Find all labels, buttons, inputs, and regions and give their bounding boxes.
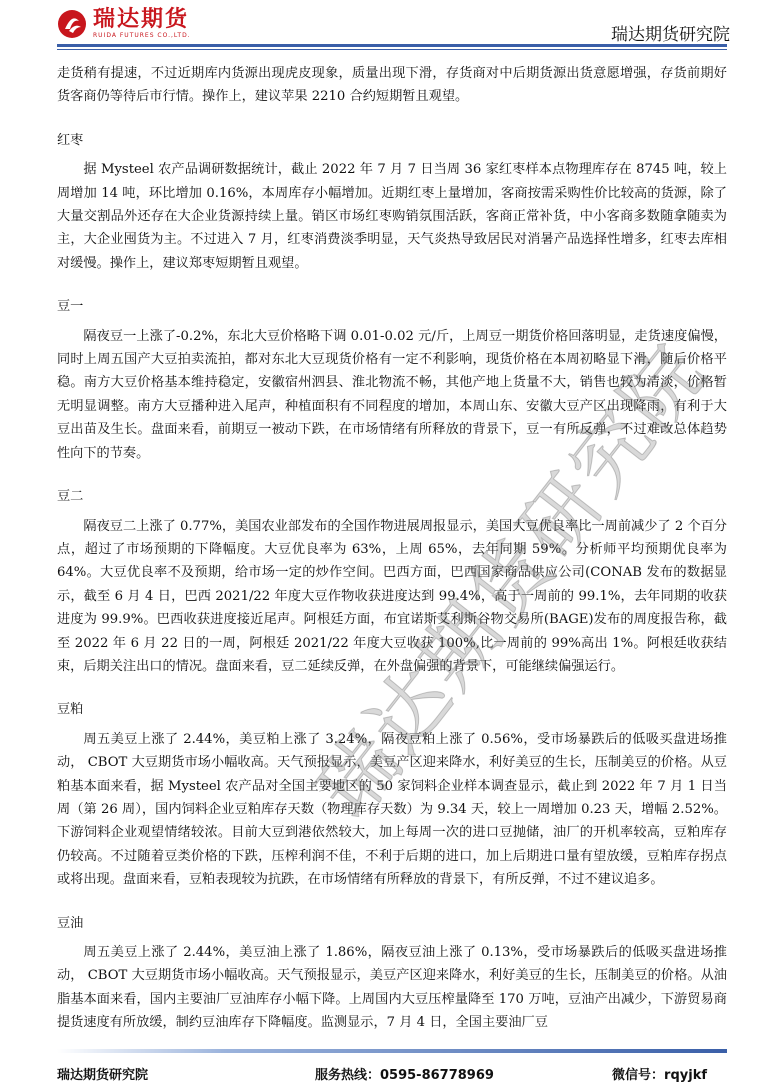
section-title-hongzao: 红枣 (57, 129, 727, 152)
section-body-doupo: 周五美豆上涨了 2.44%，美豆粕上涨了 3.24%，隔夜豆粕上涨了 0.56%… (57, 728, 727, 892)
footer-wechat: 微信号：rqyjkf (612, 1064, 707, 1083)
section-title-douyou: 豆油 (57, 912, 727, 935)
section-title-douyi: 豆一 (57, 295, 727, 318)
section-title-doupo: 豆粕 (57, 698, 727, 721)
company-logo: 瑞达期货 RUIDA FUTURES CO.,LTD. (57, 6, 191, 42)
logo-english-name: RUIDA FUTURES CO.,LTD. (93, 32, 191, 40)
section-body-douyi: 隔夜豆一上涨了-0.2%，东北大豆价格略下调 0.01-0.02 元/斤，上周豆… (57, 325, 727, 465)
footer-divider (57, 1049, 727, 1053)
ruida-logo-icon (57, 9, 87, 39)
section-body-douyou: 周五美豆上涨了 2.44%，美豆油上涨了 1.86%，隔夜豆油上涨了 0.13%… (57, 941, 727, 1035)
page-header: 瑞达期货 RUIDA FUTURES CO.,LTD. 瑞达期货研究院 (0, 0, 770, 52)
footer-institute: 瑞达期货研究院 (57, 1064, 148, 1083)
report-body: 走货稍有提速，不过近期库内货源出现虎皮现象，质量出现下滑，存货商对中后期货源出货… (57, 62, 727, 1035)
section-body-douer: 隔夜豆二上涨了 0.77%，美国农业部发布的全国作物进展周报显示，美国大豆优良率… (57, 515, 727, 679)
header-title: 瑞达期货研究院 (611, 20, 730, 45)
header-divider-thin (57, 49, 727, 50)
footer-hotline: 服务热线：0595-86778969 (315, 1064, 494, 1083)
section-title-douer: 豆二 (57, 485, 727, 508)
header-divider (57, 44, 727, 47)
section-body-hongzao: 据 Mysteel 农产品调研数据统计，截止 2022 年 7 月 7 日当周 … (57, 158, 727, 275)
page-footer: 瑞达期货研究院 服务热线：0595-86778969 微信号：rqyjkf (57, 1064, 727, 1084)
logo-chinese-name: 瑞达期货 (93, 8, 191, 32)
intro-paragraph: 走货稍有提速，不过近期库内货源出现虎皮现象，质量出现下滑，存货商对中后期货源出货… (57, 62, 727, 109)
